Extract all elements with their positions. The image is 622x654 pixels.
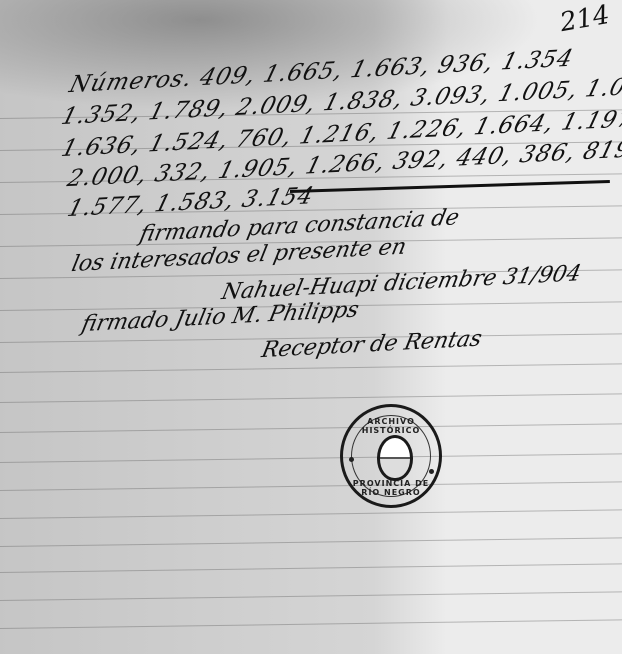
numbers-label: Números. xyxy=(66,65,195,98)
ruled-line xyxy=(0,363,622,373)
ruled-line xyxy=(0,481,622,491)
ruled-line xyxy=(0,453,622,463)
ruled-line xyxy=(0,619,622,629)
ruled-line xyxy=(0,393,622,403)
stamp-dot-icon xyxy=(429,469,434,474)
stamp-bottom-text: PROVINCIA DE RÍO NEGRO xyxy=(343,479,439,497)
archive-stamp: ARCHIVO HISTÓRICO PROVINCIA DE RÍO NEGRO xyxy=(340,404,442,508)
stamp-dot-icon xyxy=(349,457,354,462)
place-date-line: Nahuel-Huapi diciembre 31/904 xyxy=(219,261,583,305)
ruled-line xyxy=(0,509,622,519)
document-page: 214 Números. 409, 1.665, 1.663, 936, 1.3… xyxy=(0,0,622,654)
folio-number: 214 xyxy=(558,0,612,38)
signer-title: Receptor de Rentas xyxy=(259,326,484,363)
coat-of-arms-icon xyxy=(377,435,413,481)
ruled-line xyxy=(0,591,622,601)
ruled-line xyxy=(0,537,622,547)
stamp-top-text: ARCHIVO HISTÓRICO xyxy=(343,417,439,435)
ruled-line xyxy=(0,563,622,573)
line-filler-stroke xyxy=(290,180,610,193)
ruled-line xyxy=(0,423,622,433)
